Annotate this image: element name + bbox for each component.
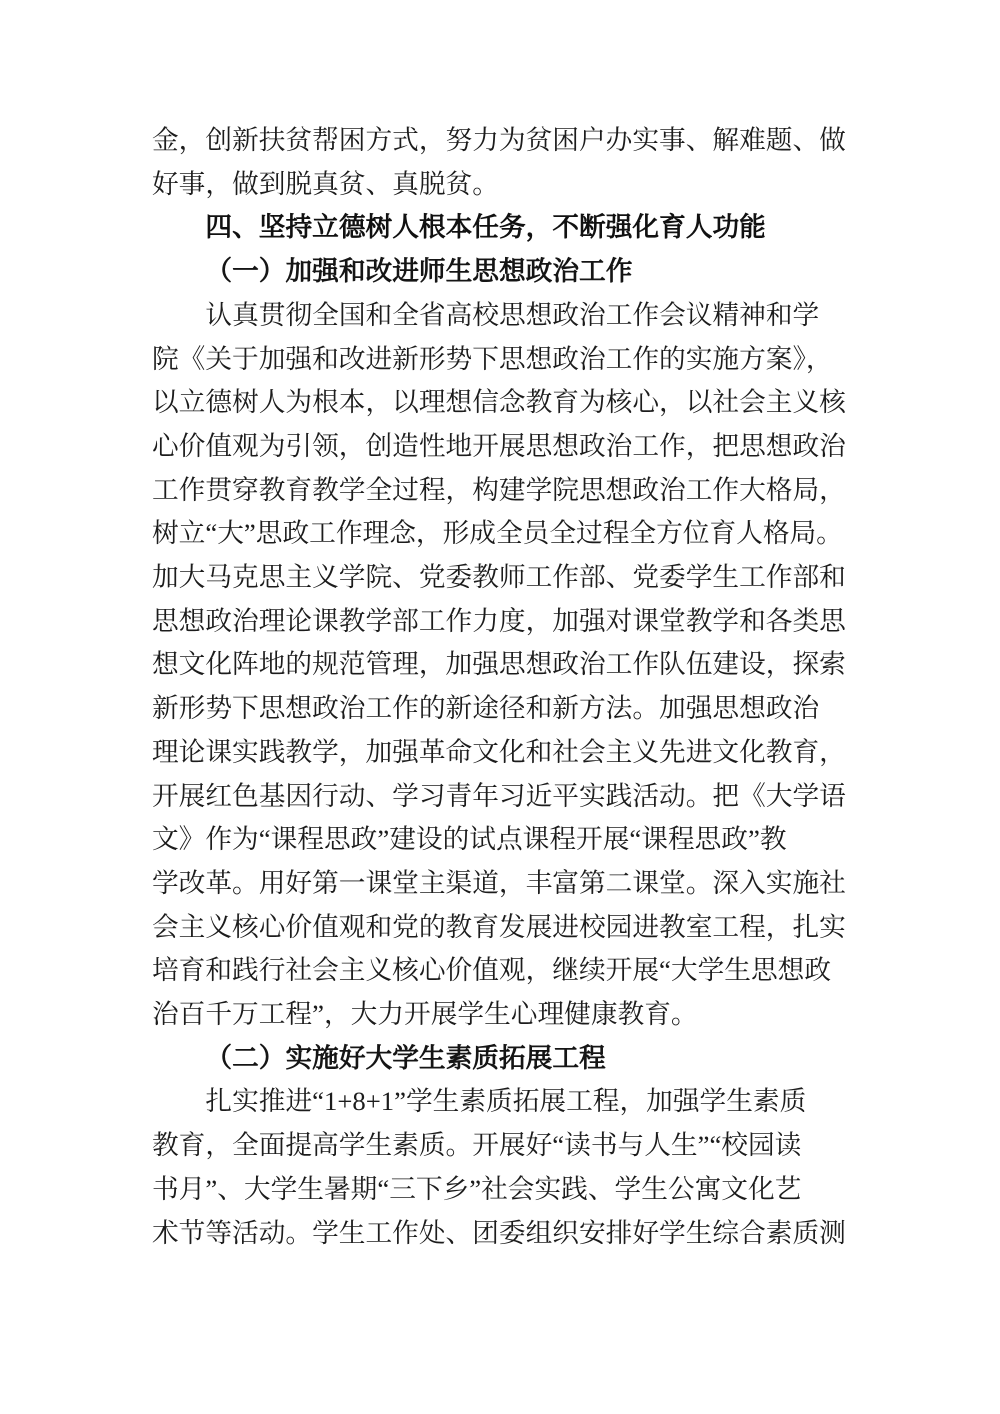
text-line: 院《关于加强和改进新形势下思想政治工作的实施方案》， [152,338,912,382]
text-line: 会主义核心价值观和党的教育发展进校园进教室工程，扎实 [152,906,912,950]
subsection-heading: （二）实施好大学生素质拓展工程 [152,1037,912,1081]
text-line: 树立“大”思政工作理念，形成全员全过程全方位育人格局。 [152,512,912,556]
text-line: 工作贯穿教育教学全过程，构建学院思想政治工作大格局， [152,469,912,513]
subsection-heading: （一）加强和改进师生思想政治工作 [152,250,912,294]
text-line: 加大马克思主义学院、党委教师工作部、党委学生工作部和 [152,556,912,600]
text-line: 新形势下思想政治工作的新途径和新方法。加强思想政治 [152,687,912,731]
text-line: 培育和践行社会主义核心价值观，继续开展“大学生思想政 [152,949,912,993]
text-line: 认真贯彻全国和全省高校思想政治工作会议精神和学 [152,294,912,338]
text-line: 理论课实践教学，加强革命文化和社会主义先进文化教育， [152,731,912,775]
text-line: 书月”、大学生暑期“三下乡”社会实践、学生公寓文化艺 [152,1168,912,1212]
text-line: 学改革。用好第一课堂主渠道，丰富第二课堂。深入实施社 [152,862,912,906]
text-line: 好事，做到脱真贫、真脱贫。 [152,163,912,207]
text-line: 思想政治理论课教学部工作力度，加强对课堂教学和各类思 [152,600,912,644]
text-line: 扎实推进“1+8+1”学生素质拓展工程，加强学生素质 [152,1080,912,1124]
text-line: 开展红色基因行动、学习青年习近平实践活动。把《大学语 [152,775,912,819]
text-line: 文》作为“课程思政”建设的试点课程开展“课程思政”教 [152,818,912,862]
text-line: 金，创新扶贫帮困方式，努力为贫困户办实事、解难题、做 [152,119,912,163]
text-line: 术节等活动。学生工作处、团委组织安排好学生综合素质测 [152,1212,912,1256]
text-line: 心价值观为引领，创造性地开展思想政治工作，把思想政治 [152,425,912,469]
text-line: 治百千万工程”，大力开展学生心理健康教育。 [152,993,912,1037]
text-line: 以立德树人为根本，以理想信念教育为核心，以社会主义核 [152,381,912,425]
text-line: 教育，全面提高学生素质。开展好“读书与人生”“校园读 [152,1124,912,1168]
text-line: 想文化阵地的规范管理，加强思想政治工作队伍建设，探索 [152,643,912,687]
document-body: 金，创新扶贫帮困方式，努力为贫困户办实事、解难题、做好事，做到脱真贫、真脱贫。四… [152,119,912,1255]
document-page: 金，创新扶贫帮困方式，努力为贫困户办实事、解难题、做好事，做到脱真贫、真脱贫。四… [0,0,1000,1414]
section-heading: 四、坚持立德树人根本任务，不断强化育人功能 [152,206,912,250]
